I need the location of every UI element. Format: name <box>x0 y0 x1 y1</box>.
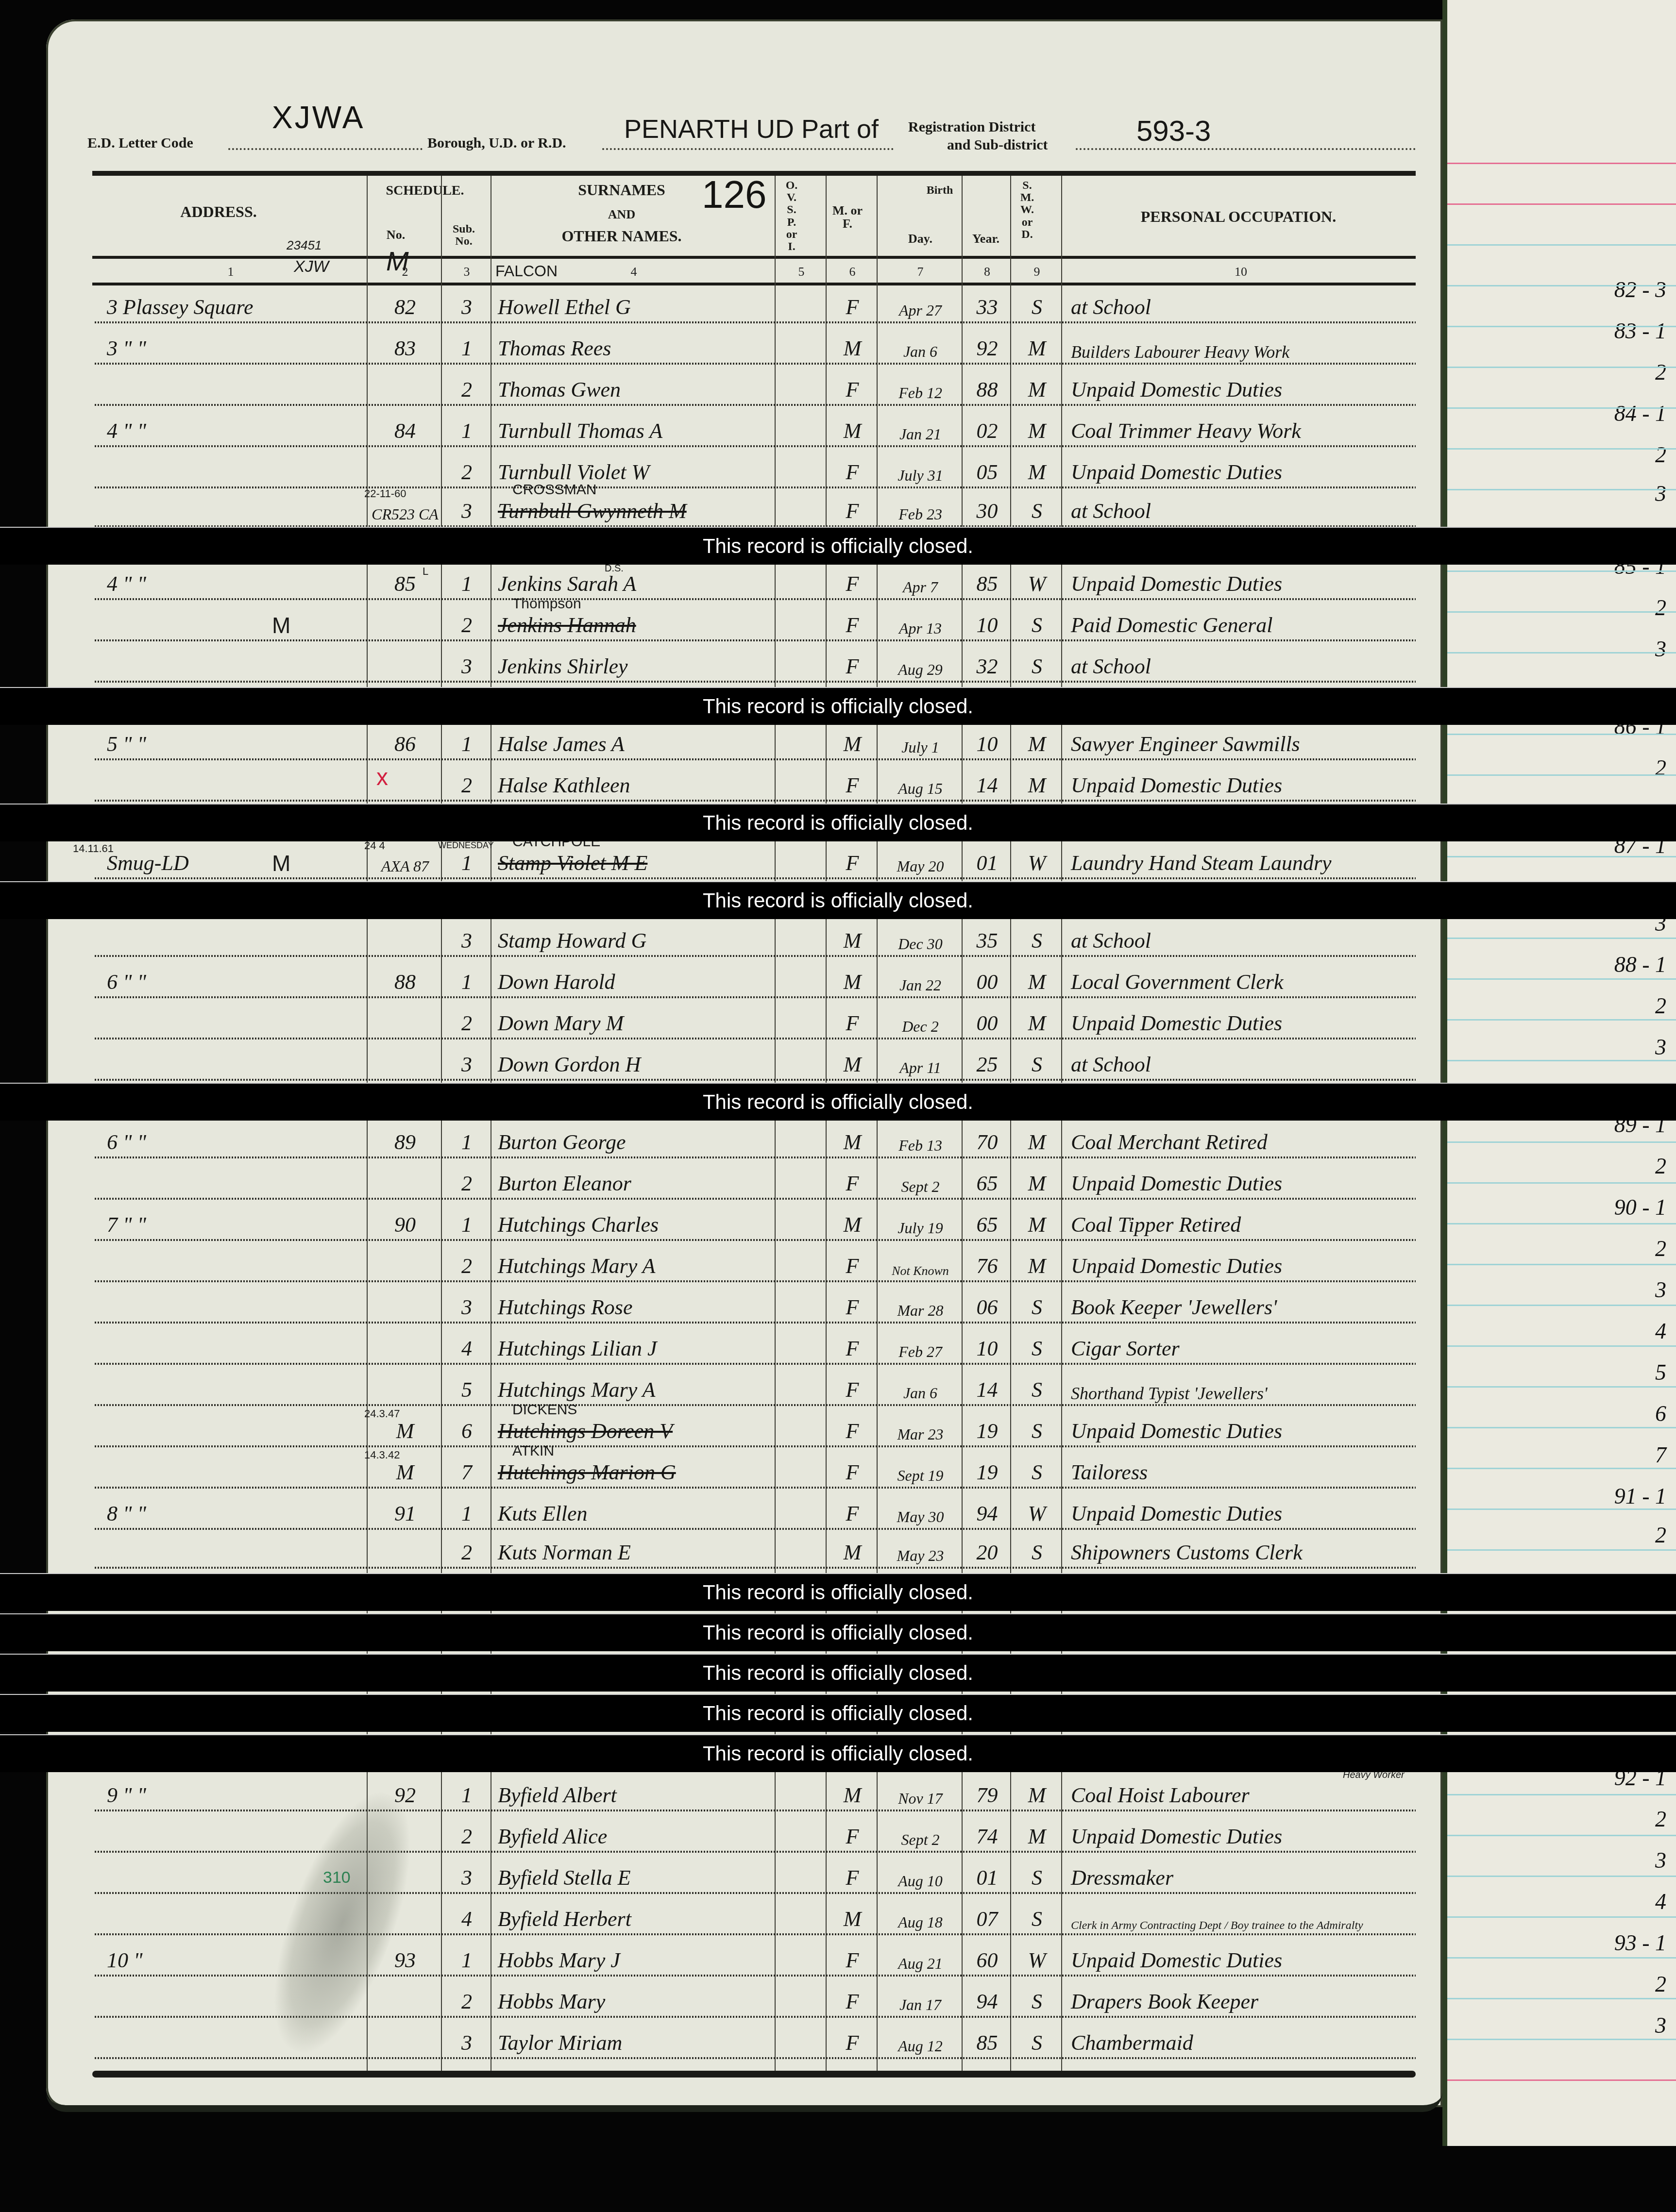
census-entry-row[interactable]: 2Kuts Norman EMMay 2320SShipowners Custo… <box>0 1532 1445 1573</box>
census-entry-row[interactable]: 4 " "841Turnbull Thomas AMJan 2102MCoal … <box>0 410 1445 451</box>
birth-day-cell: July 1 <box>879 738 962 756</box>
birth-year-cell: 14 <box>964 1377 1010 1402</box>
birth-year-cell: 01 <box>964 851 1010 875</box>
schedule-number-cell: 83 <box>369 336 441 361</box>
closed-record-text: This record is officially closed. <box>703 889 973 912</box>
name-correction: Thompson <box>512 596 581 612</box>
schedule-sub-cell: 3 <box>443 928 491 953</box>
occupation-cell: Unpaid Domestic Duties <box>1071 773 1282 798</box>
birth-year-cell: 88 <box>964 377 1010 402</box>
margin-ruled-line <box>1447 1427 1676 1428</box>
margin-ruled-line <box>1447 1305 1676 1306</box>
row-rule <box>95 486 1416 488</box>
col-surnames-1: SURNAMES <box>549 182 694 199</box>
margin-ruled-line <box>1447 978 1676 980</box>
marital-status-cell: S <box>1013 1865 1061 1890</box>
name-correction: CROSSMAN <box>512 482 596 498</box>
name-cell: Hutchings Mary A <box>498 1377 655 1402</box>
birth-day-cell: July 19 <box>879 1219 962 1237</box>
birth-year-cell: 30 <box>964 499 1010 523</box>
sex-cell: M <box>828 732 877 756</box>
margin-tally: 2 <box>1655 1153 1666 1179</box>
margin-ruled-line <box>1447 367 1676 368</box>
schedule-sub-cell: 2 <box>443 377 491 402</box>
occupation-cell: Drapers Book Keeper <box>1071 1989 1258 2014</box>
birth-year-cell: 85 <box>964 571 1010 596</box>
occupation-cell: Coal Tipper Retired <box>1071 1212 1241 1237</box>
marital-status-cell: M <box>1013 732 1061 756</box>
occupation-cell: Builders Labourer Heavy Work <box>1071 343 1411 361</box>
margin-tally: 3 <box>1655 2012 1666 2038</box>
row-rule <box>95 1810 1416 1811</box>
census-entry-row[interactable]: 4Hutchings Lilian JFFeb 2710SCigar Sorte… <box>0 1328 1445 1369</box>
sex-cell: F <box>828 613 877 637</box>
schedule-sub-cell: 3 <box>443 295 491 319</box>
census-entry-row[interactable]: 4 " "85L1Jenkins Sarah AD.S.FApr 785WUnp… <box>0 563 1445 604</box>
sex-cell: M <box>828 1540 877 1565</box>
birth-day-cell: Jan 6 <box>879 1384 962 1402</box>
census-entry-row[interactable]: 3 Plassey Square823Howell Ethel GFApr 27… <box>0 286 1445 327</box>
birth-year-cell: 94 <box>964 1989 1010 2014</box>
birth-day-cell: Feb 13 <box>879 1137 962 1155</box>
birth-day-cell: Aug 29 <box>879 661 962 679</box>
census-entry-row[interactable]: 3Jenkins ShirleyFAug 2932Sat School <box>0 646 1445 687</box>
schedule-number-cell: 90 <box>369 1212 441 1237</box>
birth-year-cell: 60 <box>964 1948 1010 1973</box>
margin-tally: 84 - 1 <box>1614 401 1666 426</box>
row-rule <box>95 445 1416 447</box>
margin-ruled-line <box>1447 734 1676 735</box>
birth-day-cell: July 31 <box>879 467 962 485</box>
name-cell: Byfield Alice <box>498 1824 607 1849</box>
birth-year-cell: 19 <box>964 1419 1010 1443</box>
col-sex: M. or F. <box>828 204 867 231</box>
schedule-number-cell: M <box>369 1419 441 1443</box>
margin-ruled-line <box>1447 326 1676 327</box>
census-entry-row[interactable]: Smug-LD14.11.61MAXA 8724 41WEDNESDAYStam… <box>0 842 1445 883</box>
margin-tally: 2 <box>1655 595 1666 620</box>
census-entry-row[interactable]: 3103Byfield Stella EFAug 1001SDressmaker <box>0 1857 1445 1898</box>
row-rule <box>95 1079 1416 1081</box>
margin-ruled-line <box>1447 1182 1676 1184</box>
sex-cell: M <box>828 1907 877 1931</box>
birth-year-cell: 10 <box>964 1336 1010 1361</box>
marital-status-cell: M <box>1013 377 1061 402</box>
margin-tally: 88 - 1 <box>1614 952 1666 977</box>
occupation-cell: Unpaid Domestic Duties <box>1071 1948 1282 1973</box>
census-entry-row[interactable]: M2Jenkins HannahThompsonFApr 1310SPaid D… <box>0 604 1445 645</box>
occupation-cell: Dressmaker <box>1071 1865 1173 1890</box>
birth-year-cell: 14 <box>964 773 1010 798</box>
occupation-cell: Coal Merchant Retired <box>1071 1130 1268 1155</box>
sex-cell: F <box>828 1419 877 1443</box>
sex-cell: F <box>828 1989 877 2014</box>
margin-tally: 2 <box>1655 1806 1666 1832</box>
schedule-sub-cell: 1 <box>443 1130 491 1155</box>
sex-cell: F <box>828 1377 877 1402</box>
schedule-sub-cell: 3 <box>443 2030 491 2055</box>
name-cell: Jenkins Shirley <box>498 654 628 679</box>
sex-cell: F <box>828 571 877 596</box>
schedule-sub-cell: 2 <box>443 1989 491 2014</box>
row-rule <box>95 639 1416 641</box>
address-code-annotation: 23451 <box>287 238 322 253</box>
marital-status-cell: M <box>1013 1254 1061 1278</box>
registration-dots <box>1076 148 1416 150</box>
occupation-cell: Unpaid Domestic Duties <box>1071 460 1282 485</box>
closed-record-text: This record is officially closed. <box>703 1581 973 1604</box>
row-rule <box>95 800 1416 802</box>
row-rule <box>95 363 1416 365</box>
schedule-number-cell: 85 <box>369 571 441 596</box>
birth-day-cell: May 23 <box>879 1547 962 1565</box>
margin-ruled-line <box>1447 1794 1676 1795</box>
schedule-annotation: 14.3.42 <box>364 1449 400 1461</box>
census-entry-row[interactable]: 9 " "921Byfield AlbertMNov 1779MCoal Hoi… <box>0 1775 1445 1815</box>
sex-cell: F <box>828 377 877 402</box>
col-occupation: PERSONAL OCCUPATION. <box>1068 209 1408 225</box>
census-entry-row[interactable]: 6 " "881Down HaroldMJan 2200MLocal Gover… <box>0 961 1445 1002</box>
census-entry-row[interactable]: 5Hutchings Mary AFJan 614SShorthand Typi… <box>0 1369 1445 1410</box>
col-ovspi: O. V. S. P. or I. <box>777 180 806 253</box>
schedule-sub-cell: 1 <box>443 1948 491 1973</box>
margin-tally: 2 <box>1655 993 1666 1019</box>
margin-tally: 3 <box>1655 481 1666 506</box>
schedule-number-cell: AXA 87 <box>369 857 441 875</box>
marital-status-cell: M <box>1013 419 1061 443</box>
schedule-sub-cell: 1 <box>443 732 491 756</box>
name-cell: Halse Kathleen <box>498 773 630 798</box>
name-cell: Turnbull Thomas A <box>498 419 662 443</box>
marital-status-cell: S <box>1013 295 1061 319</box>
sex-cell: F <box>828 1011 877 1036</box>
margin-ruled-line <box>1447 1019 1676 1021</box>
census-entry-row[interactable]: 4Byfield HerbertMAug 1807SClerk in Army … <box>0 1898 1445 1939</box>
marital-status-cell: S <box>1013 613 1061 637</box>
sex-cell: F <box>828 2030 877 2055</box>
birth-year-cell: 06 <box>964 1295 1010 1320</box>
address-cell: Smug-LD <box>107 851 189 875</box>
name-cell: Thomas Rees <box>498 336 611 361</box>
census-entry-row[interactable]: 3 " "831Thomas ReesMJan 692MBuilders Lab… <box>0 328 1445 369</box>
birth-year-cell: 33 <box>964 295 1010 319</box>
census-entry-row[interactable]: 6 " "891Burton GeorgeMFeb 1370MCoal Merc… <box>0 1122 1445 1162</box>
margin-tally: 5 <box>1655 1359 1666 1385</box>
census-entry-row[interactable]: 2Down Mary MFDec 200MUnpaid Domestic Dut… <box>0 1003 1445 1043</box>
ed-letter-code-dots <box>228 148 423 150</box>
name-correction: ATKIN <box>512 1443 554 1459</box>
marital-status-cell: M <box>1013 1783 1061 1808</box>
sex-cell: M <box>828 419 877 443</box>
birth-day-cell: Apr 27 <box>879 302 962 319</box>
sex-cell: F <box>828 851 877 875</box>
row-rule <box>95 1239 1416 1241</box>
address-mark: M <box>272 850 290 876</box>
census-entry-row[interactable]: 2Byfield AliceFSept 274MUnpaid Domestic … <box>0 1816 1445 1857</box>
census-entry-row[interactable]: 5 " "861Halse James AMJuly 110MSawyer En… <box>0 723 1445 764</box>
census-entry-row[interactable]: 2Thomas GwenFFeb 1288MUnpaid Domestic Du… <box>0 369 1445 410</box>
census-entry-row[interactable]: x2Halse KathleenFAug 1514MUnpaid Domesti… <box>0 765 1445 805</box>
row-rule <box>95 1280 1416 1282</box>
closed-record-band: This record is officially closed. <box>0 1734 1676 1772</box>
schedule-sub-cell: 1 <box>443 970 491 994</box>
col-schedule-no: No. <box>374 228 418 241</box>
closed-record-band: This record is officially closed. <box>0 527 1676 565</box>
birth-day-cell: Sept 19 <box>879 1467 962 1485</box>
row-rule <box>95 1851 1416 1853</box>
census-entry-row[interactable]: 2Hutchings Mary AFNot Known76MUnpaid Dom… <box>0 1245 1445 1286</box>
red-cross-mark: x <box>376 764 388 791</box>
margin-tally: 2 <box>1655 1971 1666 1997</box>
schedule-number-cell: 88 <box>369 970 441 994</box>
column-number: 1 <box>95 265 367 279</box>
margin-tally: 83 - 1 <box>1614 318 1666 344</box>
census-entry-row[interactable]: 2Burton EleanorFSept 265MUnpaid Domestic… <box>0 1163 1445 1204</box>
row-rule <box>95 2057 1416 2059</box>
row-rule <box>95 404 1416 406</box>
birth-year-cell: 92 <box>964 336 1010 361</box>
margin-ruled-line <box>1447 1223 1676 1224</box>
sex-cell: F <box>828 1824 877 1849</box>
birth-day-cell: Jan 22 <box>879 976 962 994</box>
marital-status-cell: S <box>1013 1052 1061 1077</box>
closed-record-text: This record is officially closed. <box>703 535 973 558</box>
sex-cell: F <box>828 654 877 679</box>
name-cell: Hutchings Mary A <box>498 1254 655 1278</box>
birth-day-cell: Aug 12 <box>879 2037 962 2055</box>
col-birth-day: Day. <box>879 232 962 245</box>
schedule-number-cell: 84 <box>369 419 441 443</box>
sex-cell: F <box>828 1171 877 1196</box>
occupation-cell: at School <box>1071 654 1151 679</box>
schedule-sub-cell: 3 <box>443 1052 491 1077</box>
margin-ruled-line <box>1447 407 1676 409</box>
closed-record-band: This record is officially closed. <box>0 881 1676 919</box>
census-entry-row[interactable]: M24.3.476Hutchings Doreen VDICKENSFMar 2… <box>0 1410 1445 1451</box>
schedule-sub-cell: 1 <box>443 1783 491 1808</box>
sex-cell: M <box>828 336 877 361</box>
page-number-stamp: 126 <box>702 172 766 217</box>
name-cell: Down Mary M <box>498 1011 624 1036</box>
census-entry-row[interactable]: 10 "931Hobbs Mary JFAug 2160WUnpaid Dome… <box>0 1940 1445 1980</box>
marital-status-cell: S <box>1013 1540 1061 1565</box>
name-cell: Hobbs Mary <box>498 1989 605 2014</box>
closed-record-text: This record is officially closed. <box>703 1090 973 1114</box>
sex-cell: F <box>828 1460 877 1485</box>
column-number: 9 <box>1013 265 1061 279</box>
address-cell: 9 " " <box>107 1783 146 1808</box>
occupation-cell: at School <box>1071 1052 1151 1077</box>
birth-day-cell: Apr 7 <box>879 578 962 596</box>
birth-year-cell: 10 <box>964 732 1010 756</box>
census-entry-row[interactable]: 8 " "911Kuts EllenFMay 3094WUnpaid Domes… <box>0 1493 1445 1534</box>
schedule-sub-cell: 6 <box>443 1419 491 1443</box>
occupation-cell: Unpaid Domestic Duties <box>1071 1254 1282 1278</box>
margin-ruled-line <box>1447 1835 1676 1836</box>
margin-tally: 2 <box>1655 755 1666 781</box>
census-entry-row[interactable]: 3Hutchings RoseFMar 2806SBook Keeper 'Je… <box>0 1287 1445 1327</box>
margin-tally: 4 <box>1655 1318 1666 1344</box>
address-annotation: 14.11.61 <box>73 842 114 855</box>
margin-ruled-line <box>1447 652 1676 654</box>
birth-year-cell: 79 <box>964 1783 1010 1808</box>
occupation-cell: Unpaid Domestic Duties <box>1071 1419 1282 1443</box>
margin-ruled-line <box>1447 2039 1676 2040</box>
name-cell: Hutchings Lilian J <box>498 1336 657 1361</box>
birth-year-cell: 00 <box>964 1011 1010 1036</box>
col-address: ADDRESS. <box>146 204 291 220</box>
schedule-annotation: 22-11-60 <box>364 487 406 500</box>
birth-day-cell: May 30 <box>879 1508 962 1526</box>
margin-tally: 4 <box>1655 1889 1666 1914</box>
sex-cell: M <box>828 970 877 994</box>
birth-year-cell: 19 <box>964 1460 1010 1485</box>
closed-record-text: This record is officially closed. <box>703 811 973 835</box>
birth-year-cell: 20 <box>964 1540 1010 1565</box>
name-cell: Down Harold <box>498 970 615 994</box>
occupation-cell: Laundry Hand Steam Laundry <box>1071 851 1332 875</box>
schedule-sub-cell: 3 <box>443 499 491 523</box>
birth-year-cell: 00 <box>964 970 1010 994</box>
birth-day-cell: Jan 17 <box>879 1996 962 2014</box>
census-entry-row[interactable]: 2Hobbs MaryFJan 1794SDrapers Book Keeper <box>0 1981 1445 2022</box>
marital-status-cell: W <box>1013 1948 1061 1973</box>
marital-status-cell: S <box>1013 1907 1061 1931</box>
schedule-sub-cell: 7 <box>443 1460 491 1485</box>
birth-day-cell: Nov 17 <box>879 1790 962 1808</box>
marital-status-cell: S <box>1013 1989 1061 2014</box>
sex-cell: F <box>828 1865 877 1890</box>
marital-status-cell: S <box>1013 1460 1061 1485</box>
birth-day-cell: Jan 21 <box>879 425 962 443</box>
census-entry-row[interactable]: 3Taylor MiriamFAug 1285SChambermaid <box>0 2022 1445 2063</box>
closed-record-text: This record is officially closed. <box>703 1621 973 1644</box>
schedule-superscript: L <box>423 565 428 578</box>
margin-tally: 6 <box>1655 1401 1666 1426</box>
sex-cell: M <box>828 1052 877 1077</box>
occupation-cell: Unpaid Domestic Duties <box>1071 377 1282 402</box>
address-cell: 10 " <box>107 1948 142 1973</box>
name-cell: Down Gordon H <box>498 1052 641 1077</box>
schedule-sub-cell: 2 <box>443 1011 491 1036</box>
address-cell: 3 Plassey Square <box>107 295 253 319</box>
birth-day-cell: Sept 2 <box>879 1178 962 1196</box>
occupation-cell: at School <box>1071 295 1151 319</box>
marital-status-cell: S <box>1013 499 1061 523</box>
sex-cell: F <box>828 295 877 319</box>
borough-label: Borough, U.D. or R.D. <box>427 135 566 151</box>
row-rule <box>95 1528 1416 1530</box>
name-cell: Burton Eleanor <box>498 1171 631 1196</box>
registration-value: 593-3 <box>1136 114 1211 148</box>
column-number: 2 <box>369 265 441 279</box>
birth-year-cell: 85 <box>964 2030 1010 2055</box>
birth-day-cell: Sept 2 <box>879 1831 962 1849</box>
census-entry-row[interactable]: 2Turnbull Violet WFJuly 3105MUnpaid Dome… <box>0 452 1445 492</box>
sex-cell: F <box>828 1336 877 1361</box>
name-cell: Jenkins Sarah A <box>498 571 636 596</box>
address-cell: 6 " " <box>107 970 146 994</box>
closed-record-text: This record is officially closed. <box>703 1742 973 1765</box>
sub-annotation: WEDNESDAY <box>438 840 494 851</box>
margin-tally: 2 <box>1655 359 1666 385</box>
schedule-sub-cell: 2 <box>443 773 491 798</box>
row-rule <box>95 1567 1416 1569</box>
name-cell: Jenkins Hannah <box>498 613 636 637</box>
marital-status-cell: W <box>1013 851 1061 875</box>
name-cell: Turnbull Gwynneth M <box>498 499 687 523</box>
birth-day-cell: Aug 21 <box>879 1955 962 1973</box>
col-birth-year: Year. <box>964 232 1008 245</box>
name-cell: Taylor Miriam <box>498 2030 622 2055</box>
schedule-sub-cell: 3 <box>443 654 491 679</box>
schedule-number-cell: 89 <box>369 1130 441 1155</box>
schedule-sub-cell: 1 <box>443 571 491 596</box>
page-bottom-rule <box>92 2071 1416 2078</box>
margin-ruled-line <box>1447 2079 1676 2081</box>
birth-day-cell: Mar 23 <box>879 1425 962 1443</box>
schedule-sub-cell: 3 <box>443 1865 491 1890</box>
birth-day-cell: Feb 23 <box>879 505 962 523</box>
schedule-sub-cell: 4 <box>443 1907 491 1931</box>
birth-day-cell: Dec 2 <box>879 1018 962 1036</box>
name-cell: Byfield Albert <box>498 1783 617 1808</box>
col-schedule: SCHEDULE. <box>369 184 481 198</box>
ed-letter-code-value: XJWA <box>272 100 365 135</box>
column-number: 8 <box>964 265 1010 279</box>
col-surnames-2: AND <box>549 208 694 221</box>
row-rule <box>95 1445 1416 1447</box>
schedule-number-cell: 82 <box>369 295 441 319</box>
name-cell: Hutchings Marion G <box>498 1460 676 1485</box>
schedule-sub-cell: 1 <box>443 419 491 443</box>
address-cell: 4 " " <box>107 419 146 443</box>
birth-year-cell: 76 <box>964 1254 1010 1278</box>
marital-status-cell: M <box>1013 1824 1061 1849</box>
census-entry-row[interactable]: M14.3.427Hutchings Marion GATKINFSept 19… <box>0 1452 1445 1492</box>
census-entry-row[interactable]: 7 " "901Hutchings CharlesMJuly 1965MCoal… <box>0 1204 1445 1245</box>
schedule-number-cell: 86 <box>369 732 441 756</box>
schedule-sub-cell: 2 <box>443 1171 491 1196</box>
address-cell: 4 " " <box>107 571 146 596</box>
marital-status-cell: W <box>1013 1501 1061 1526</box>
name-cell: Turnbull Violet W <box>498 460 649 485</box>
row-rule <box>95 1198 1416 1200</box>
margin-tally: 2 <box>1655 1522 1666 1548</box>
column-number: 5 <box>777 265 826 279</box>
name-cell: Kuts Norman E <box>498 1540 631 1565</box>
occupation-cell: Coal Trimmer Heavy Work <box>1071 419 1301 443</box>
row-rule <box>95 1892 1416 1894</box>
row-rule <box>95 681 1416 683</box>
sex-cell: F <box>828 1295 877 1320</box>
margin-tally: 82 - 3 <box>1614 277 1666 302</box>
census-entry-row[interactable]: 3Stamp Howard GMDec 3035Sat School <box>0 920 1445 961</box>
margin-ruled-line <box>1447 1508 1676 1510</box>
occupation-cell: Book Keeper 'Jewellers' <box>1071 1295 1277 1320</box>
birth-day-cell: Feb 27 <box>879 1343 962 1361</box>
occupation-cell: Unpaid Domestic Duties <box>1071 1171 1282 1196</box>
borough-value: PENARTH UD Part of <box>624 114 879 144</box>
census-entry-row[interactable]: 3Down Gordon HMApr 1125Sat School <box>0 1044 1445 1085</box>
row-rule <box>95 1487 1416 1489</box>
census-entry-row[interactable]: CR523 CA22-11-603Turnbull Gwynneth MCROS… <box>0 490 1445 531</box>
col-birth: Birth <box>879 184 1000 197</box>
address-mark: M <box>272 612 290 638</box>
schedule-sub-cell: 4 <box>443 1336 491 1361</box>
schedule-sub-cell: 1 <box>443 336 491 361</box>
row-rule <box>95 1156 1416 1158</box>
